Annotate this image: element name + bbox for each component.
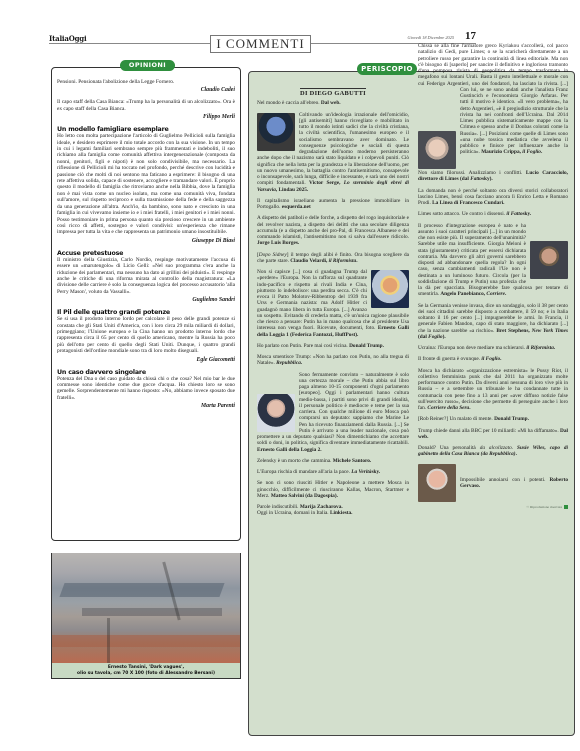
letter-body: Pensioni. Pensionata l'abolizione della … xyxy=(57,79,235,85)
letter-body: Il capo staff della Casa Bianca: «Trump … xyxy=(57,99,235,112)
quote-item: Limes sotto attacco. Ue contro i dissens… xyxy=(418,211,568,217)
letter-body: Potenza del Dna o del caso guidato da ch… xyxy=(57,376,235,402)
letter-signature: Egle Giacometti xyxy=(57,357,235,363)
quote-item: Donald? Una personalità da alcolizzato. … xyxy=(418,445,568,458)
portrait-photo xyxy=(530,241,568,279)
quote-item: Se la Germania venisse invasa, dice un s… xyxy=(418,303,568,341)
paint-stroke xyxy=(82,608,222,616)
paint-stroke xyxy=(59,583,224,597)
letter: Pensioni. Pensionata l'abolizione della … xyxy=(57,79,235,93)
portrait-photo xyxy=(371,270,409,308)
quote-item: Il capitalismo israeliano aumenta la pre… xyxy=(257,198,409,211)
issue-date: Giovedì 18 Dicembre 2025 xyxy=(408,35,455,40)
painting-image xyxy=(51,553,241,663)
letter: Il Pil delle quattro grandi potenze Se s… xyxy=(57,309,235,362)
quote-item: Non siamo filorussi. Analizziamo i confl… xyxy=(418,170,568,183)
quote-item: [Dopo Sidney] il tempo degli alibi è fin… xyxy=(257,252,409,265)
portrait-photo xyxy=(418,131,456,169)
copyright-text: © Riproduzione riservata xyxy=(526,505,562,509)
page-number: 17 xyxy=(465,30,476,42)
opinioni-label: OPINIONI xyxy=(120,60,175,71)
quote-item: Mosca ha dichiarato «organizzazione estr… xyxy=(418,368,568,412)
letter-signature: Marta Parenti xyxy=(57,403,235,409)
letter-body: Se si usa il prodotto interno lordo per … xyxy=(57,316,235,354)
quote-item: Parole indiscutibili. Marija Zacharova.O… xyxy=(257,504,409,517)
letter: Un caso davvero singolare Potenza del Dn… xyxy=(57,369,235,410)
painting-caption: Ernesto Tansini, 'Dark vagues', olio su … xyxy=(51,663,241,679)
letter-signature: Guglielmo Sandri xyxy=(57,297,235,303)
quote-item: Nel mondo è caccia all'ebreo. Dal web. xyxy=(257,100,409,106)
letter: Un modello famigliare esemplare Ho letto… xyxy=(57,126,235,244)
quote-item: A dispetto dei patiboli e delle forche, … xyxy=(257,215,409,246)
letter: Il capo staff della Casa Bianca: «Trump … xyxy=(57,99,235,120)
paint-stroke xyxy=(107,618,110,663)
quote-item: Se non ci sono riusciti Hitler e Napoleo… xyxy=(257,480,409,499)
caption-line: olio su tavola, cm 70 X 100 (foto di Ale… xyxy=(52,671,240,677)
copyright-mark: © Riproduzione riservata xyxy=(418,504,568,510)
quote-item: Mosca smentisce Trump: «Non ha parlato c… xyxy=(257,354,409,367)
quote-item: La domanda non è perché soltanto ora div… xyxy=(418,188,568,207)
quote-item: [Rob Reiner?] Un malato di mente. Donald… xyxy=(418,416,568,422)
portrait-photo xyxy=(418,464,456,502)
byline: DI DIEGO GABUTTI xyxy=(257,91,409,97)
opinioni-letters: Pensioni. Pensionata l'abolizione della … xyxy=(57,79,235,415)
quote-item: Il fronte di guerra è ovunque. il Foglio… xyxy=(418,356,568,362)
byline-prefix: DI xyxy=(300,88,308,97)
masthead: ItaliaOggi I COMMENTI Giovedì 18 Dicembr… xyxy=(49,30,476,54)
periscopio-column-2: Chissà se alla fine l'armatore greco Kyr… xyxy=(418,87,568,510)
periscopio-label: PERISCOPIO xyxy=(357,63,417,75)
section-title: I COMMENTI xyxy=(210,35,311,53)
letter-title: Un caso davvero singolare xyxy=(57,369,235,376)
quote-item: L'Europa rischia di mandare all'aria la … xyxy=(257,469,409,475)
letter-title: Accuse pretestuose xyxy=(57,250,235,257)
quote-item: Zelensky è un morto che cammina. Michele… xyxy=(257,458,409,464)
letter-body: Il ministro della Giustizia, Carlo Nordi… xyxy=(57,257,235,295)
byline-author: DIEGO GABUTTI xyxy=(310,89,366,97)
quote-item: Ho parlato con Putin. Pare mai così vici… xyxy=(257,343,409,349)
quote-item: Trump chiede danni alla BBC per 10 milia… xyxy=(418,428,568,441)
letter: Accuse pretestuose Il ministro della Giu… xyxy=(57,250,235,303)
portrait-photo xyxy=(257,394,295,432)
letter-signature: Claudio Cadei xyxy=(57,87,235,93)
letter-signature: Filippo Merli xyxy=(57,114,235,120)
paint-stroke xyxy=(52,635,241,647)
end-square-icon xyxy=(564,505,568,509)
periscopio-column-1: DI DIEGO GABUTTI Nel mondo è caccia all'… xyxy=(257,87,409,522)
portrait-photo xyxy=(257,113,295,151)
newspaper-logo: ItaliaOggi xyxy=(49,34,86,43)
letter-body: Ho letto con molta partecipazione l'arti… xyxy=(57,133,235,236)
letter-signature: Giuseppe Di Biasi xyxy=(57,238,235,244)
letter-title: Il Pil delle quattro grandi potenze xyxy=(57,309,235,316)
quote-item: Ucraina: l'Europa non deve mediare ma sc… xyxy=(418,345,568,351)
